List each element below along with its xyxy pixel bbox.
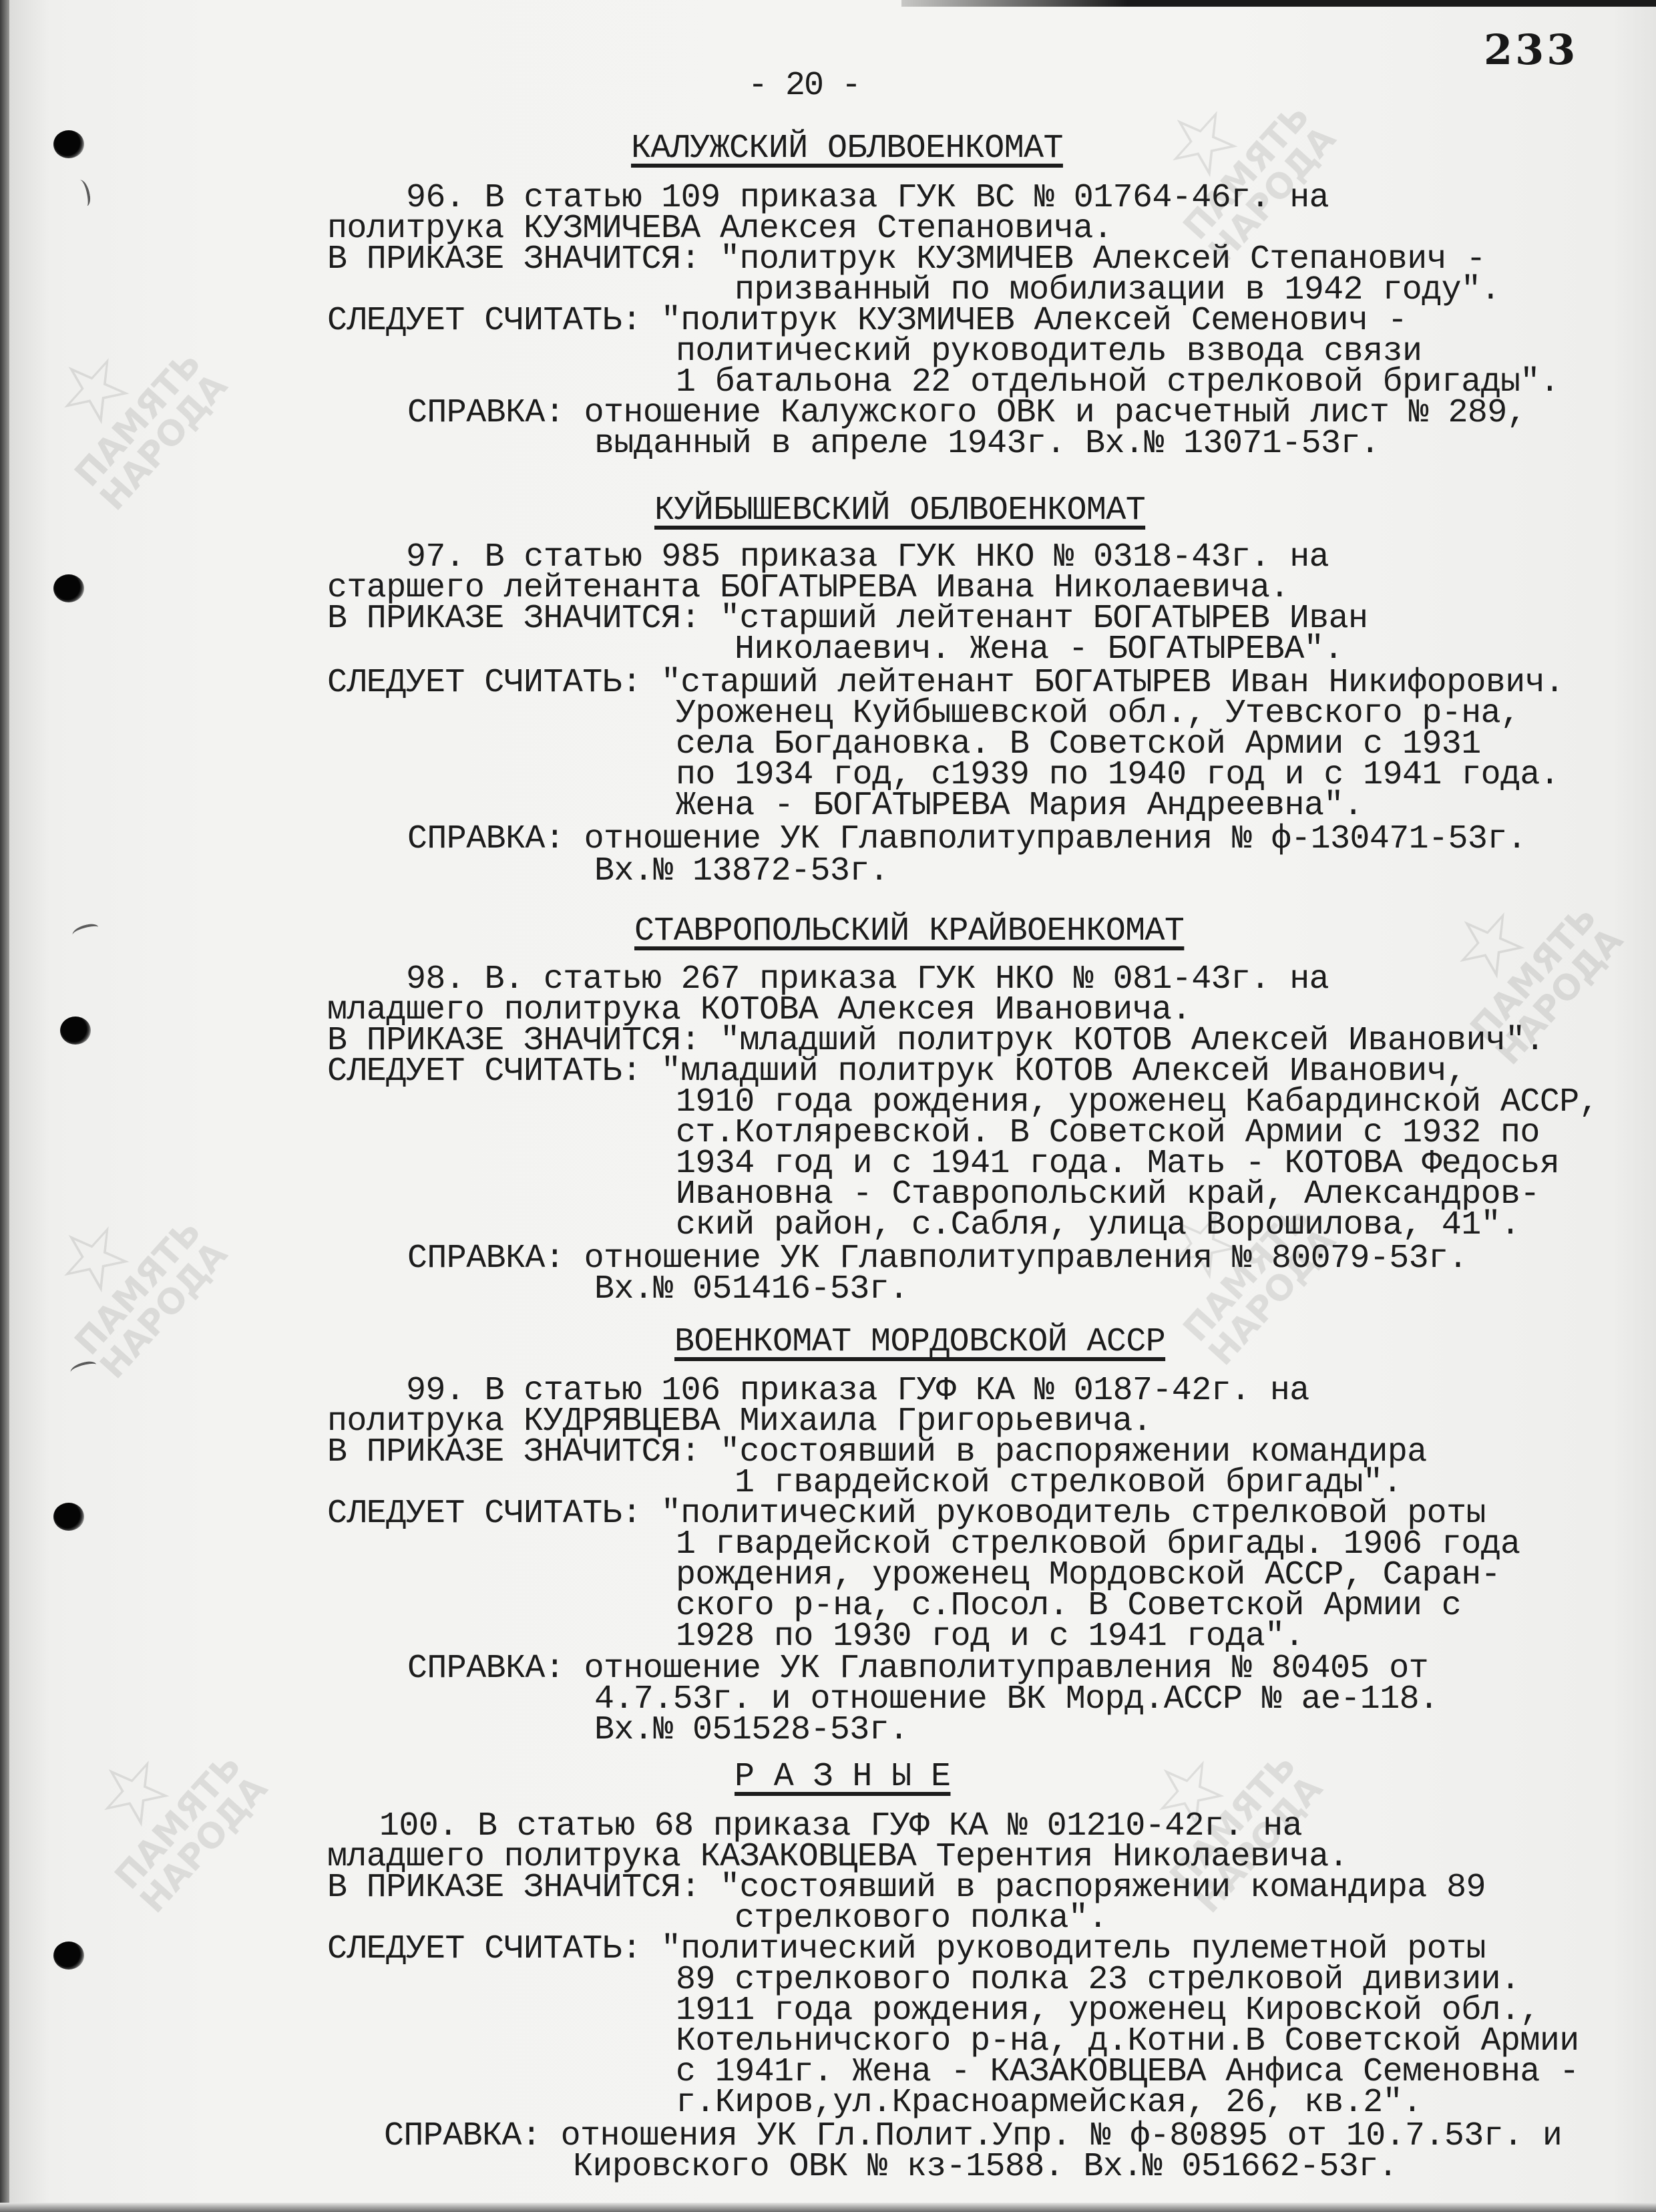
section-heading: Р А З Н Ы Е (735, 1761, 950, 1794)
entry-line: Вх.№ 13872-53г. (594, 855, 889, 888)
entry-line: Николаевич. Жена - БОГАТЫРЕВА". (735, 633, 1343, 667)
entry-line: Вх.№ 051416-53г. (594, 1273, 908, 1306)
entry-line: ский район, с.Сабля, улица Ворошилова, 4… (676, 1209, 1520, 1242)
entry-line: СПРАВКА: отношение УК Главполитуправлени… (407, 823, 1526, 856)
entry-line: г.Киров,ул.Красноармейская, 26, кв.2". (676, 2086, 1422, 2120)
entry-line: Кировского ОВК № кз-1588. Вх.№ 051662-53… (573, 2151, 1398, 2184)
punch-hole (53, 1942, 84, 1970)
entry-line: Жена - БОГАТЫРЕВА Мария Андреевна". (676, 789, 1363, 823)
section-heading: КАЛУЖСКИЙ ОБЛВОЕНКОМАТ (631, 132, 1063, 166)
paper-bottom-edge-shadow (0, 2203, 1656, 2212)
entry-line: Вх.№ 051528-53г. (594, 1714, 908, 1747)
section-heading: ВОЕНКОМАТ МОРДОВСКОЙ АССР (674, 1326, 1165, 1359)
punch-hole (53, 130, 84, 158)
punch-hole (53, 1503, 84, 1531)
entry-line: выданный в апреле 1943г. Вх.№ 13071-53г. (594, 427, 1380, 461)
page-number: - 20 - (748, 67, 860, 105)
paper-left-edge-shadow (0, 0, 9, 2212)
entry-line: 1928 по 1930 год и с 1941 года". (676, 1620, 1304, 1654)
section-heading: СТАВРОПОЛЬСКИЙ КРАЙВОЕНКОМАТ (634, 915, 1184, 948)
paper-top-edge-shadow (901, 0, 1656, 7)
punch-hole (60, 1017, 91, 1045)
punch-hole (53, 574, 84, 602)
archive-stamp-number: 233 (1484, 25, 1578, 74)
section-heading: КУЙБЫШЕВСКИЙ ОБЛВОЕНКОМАТ (654, 494, 1145, 528)
entry-line: СПРАВКА: отношение УК Главполитуправлени… (407, 1242, 1468, 1276)
